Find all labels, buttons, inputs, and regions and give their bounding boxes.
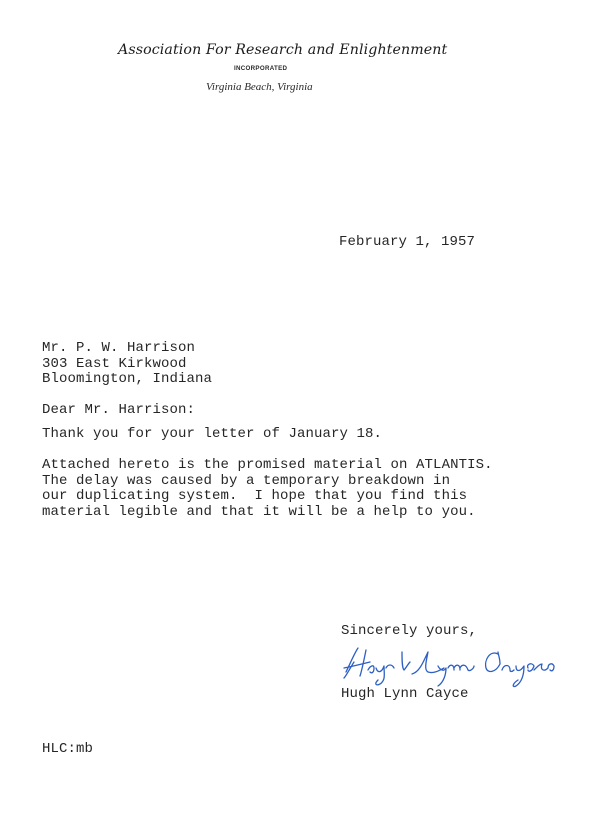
paragraph-line: Attached hereto is the promised material…	[42, 458, 493, 474]
paragraph-line: material legible and that it will be a h…	[42, 505, 493, 521]
paragraph-1: Thank you for your letter of January 18.	[42, 427, 382, 443]
organization-name: Association For Research and Enlightenme…	[118, 42, 418, 58]
paragraph-2: Attached hereto is the promised material…	[42, 458, 493, 520]
salutation: Dear Mr. Harrison:	[42, 403, 195, 419]
organization-location: Virginia Beach, Virginia	[206, 81, 313, 93]
paragraph-line: The delay was caused by a temporary brea…	[42, 474, 493, 490]
paragraph-line: Thank you for your letter of January 18.	[42, 427, 382, 443]
letter-date: February 1, 1957	[339, 235, 475, 251]
recipient-name: Mr. P. W. Harrison	[42, 341, 212, 357]
recipient-city: Bloomington, Indiana	[42, 372, 212, 388]
signer-name: Hugh Lynn Cayce	[341, 687, 469, 703]
handwritten-signature	[340, 640, 580, 688]
paragraph-line: our duplicating system. I hope that you …	[42, 489, 493, 505]
recipient-address: Mr. P. W. Harrison303 East KirkwoodBloom…	[42, 341, 212, 388]
incorporated-label: INCORPORATED	[234, 65, 287, 72]
reference-initials: HLC:mb	[42, 742, 93, 758]
recipient-street: 303 East Kirkwood	[42, 357, 212, 373]
closing: Sincerely yours,	[341, 624, 477, 640]
